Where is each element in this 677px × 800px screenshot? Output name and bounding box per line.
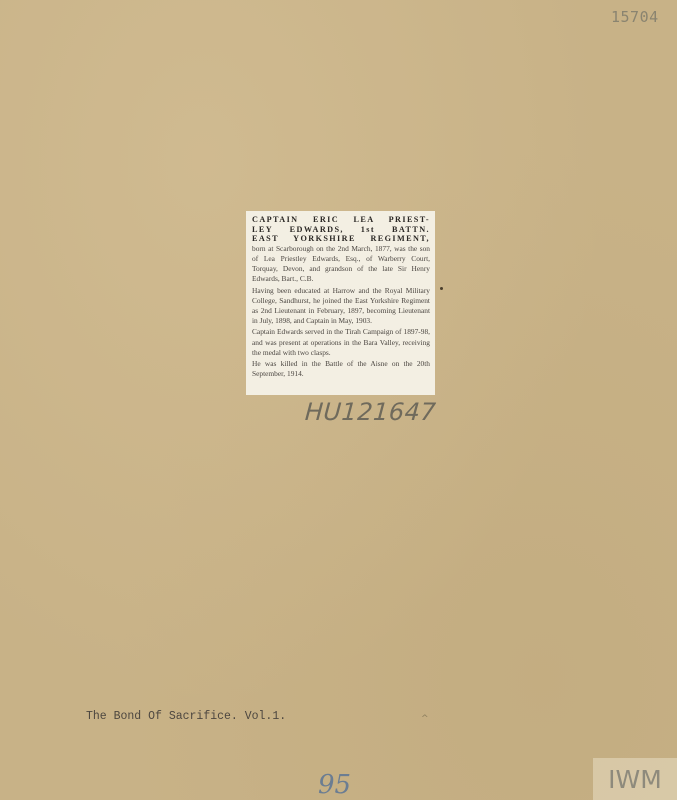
ink-dot-mark [440,287,443,290]
clipping-paragraph: Having been educated at Harrow and the R… [252,286,430,327]
clipping-paragraph: He was killed in the Battle of the Aisne… [252,359,430,379]
clipping-heading: CAPTAIN ERIC LEA PRIEST- LEY EDWARDS, 1s… [252,215,430,244]
archive-page: 15704 CAPTAIN ERIC LEA PRIEST- LEY EDWAR… [0,0,677,800]
caret-mark: ^ [421,714,429,724]
page-number-handwritten: 95 [318,772,351,798]
heading-line: CAPTAIN ERIC LEA PRIEST- [252,215,430,225]
accession-number-handwritten: HU121647 [304,398,437,426]
clipping-paragraph: born at Scarborough on the 2nd March, 18… [252,244,430,285]
newspaper-clipping: CAPTAIN ERIC LEA PRIEST- LEY EDWARDS, 1s… [246,211,435,395]
reference-number: 15704 [611,8,659,26]
source-citation: The Bond Of Sacrifice. Vol.1. [86,710,286,723]
heading-line: LEY EDWARDS, 1st BATTN. [252,225,430,235]
iwm-watermark-logo: IWM [593,758,677,800]
clipping-paragraph: Captain Edwards served in the Tirah Camp… [252,327,430,358]
heading-line: EAST YORKSHIRE REGIMENT, [252,234,430,244]
